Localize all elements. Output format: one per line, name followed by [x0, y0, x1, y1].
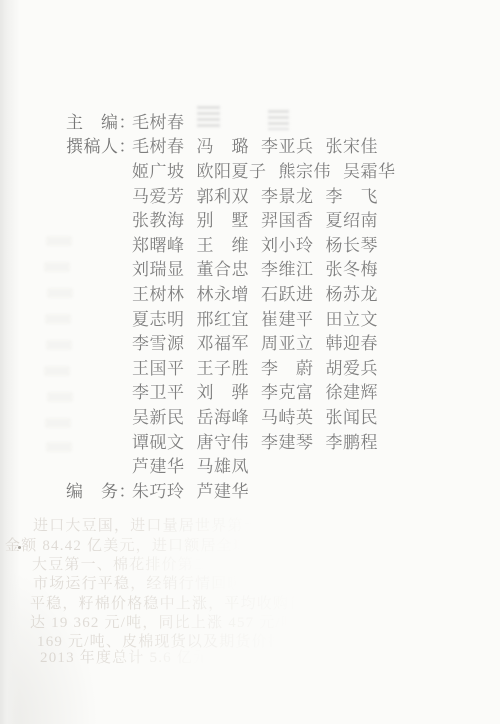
- contributor-name: 王 维: [197, 231, 250, 256]
- contributor-name: 李维江: [261, 255, 314, 280]
- credit-row: 李雪源邓福军周亚立韩迎春: [66, 329, 396, 354]
- credit-row: 谭砚文唐守伟李建琴李鹏程: [66, 428, 396, 453]
- credit-row: 编 务：朱巧玲芦建华: [66, 477, 396, 502]
- contributor-name: 吴霜华: [343, 157, 396, 182]
- contributor-name: 毛树春: [132, 132, 185, 157]
- editorial-staff-name: 芦建华: [197, 477, 250, 502]
- contributor-name: 马雄凤: [197, 452, 250, 477]
- contributor-name: 郑曙峰: [132, 231, 185, 256]
- contributor-name: 王国平: [132, 354, 185, 379]
- credits-block: 主 编：毛树春撰稿人：毛树春冯 璐李亚兵张宋佳姬广坡欧阳夏子熊宗伟吴霜华马爱芳郭…: [66, 108, 396, 502]
- contributor-name: 欧阳夏子: [197, 157, 267, 182]
- bleed-through-line: 达 19 362 元/吨，同比上涨 457 元/吨: [30, 611, 297, 632]
- contributor-name: 芦建华: [132, 452, 185, 477]
- contributor-name: 王子胜: [197, 354, 250, 379]
- credit-row: 夏志明邢红宜崔建平田立文: [66, 305, 396, 330]
- contributor-name: 徐建辉: [326, 378, 379, 403]
- credit-row: 马爱芳郭利双李景龙李 飞: [66, 182, 396, 207]
- contributor-name: 周亚立: [261, 329, 314, 354]
- editorial-staff-name: 朱巧玲: [132, 477, 185, 502]
- contributor-name: 郭利双: [197, 182, 250, 207]
- contributor-name: 岳海峰: [197, 403, 250, 428]
- contributor-name: 李克富: [261, 378, 314, 403]
- contributor-name: 吴新民: [132, 403, 185, 428]
- contributor-name: 别 墅: [197, 206, 250, 231]
- contributor-name: 邢红宜: [197, 305, 250, 330]
- chief-editor-name: 毛树春: [132, 108, 185, 133]
- contributor-name: 夏绍南: [326, 206, 379, 231]
- credit-row: 张教海别 墅羿国香夏绍南: [66, 206, 396, 231]
- contributor-name: 林永增: [197, 280, 250, 305]
- contributor-name: 杨苏龙: [326, 280, 379, 305]
- contributor-name: 刘瑞显: [132, 255, 185, 280]
- bleed-through-line: 大豆第一、棉花排价第二: [32, 553, 210, 574]
- contributor-name: 胡爱兵: [326, 354, 379, 379]
- contributor-name: 邓福军: [197, 329, 250, 354]
- credit-row: 主 编：毛树春: [66, 108, 396, 133]
- contributor-name: 韩迎春: [326, 329, 379, 354]
- credit-row: 李卫平刘 骅李克富徐建辉: [66, 379, 396, 404]
- contributor-name: 熊宗伟: [279, 157, 332, 182]
- contributor-name: 李亚兵: [261, 132, 314, 157]
- contributor-name: 王树林: [132, 280, 185, 305]
- credit-row: 郑曙峰王 维刘小玲杨长琴: [66, 231, 396, 256]
- bleed-through-line: 进口大豆国，进口量居世界第一: [33, 514, 260, 535]
- contributor-name: 崔建平: [261, 305, 314, 330]
- contributor-name: 田立文: [326, 305, 379, 330]
- bleed-through-line: 市场运行平稳，经销行情回暖: [33, 572, 244, 593]
- contributor-name: 李 蔚: [261, 354, 314, 379]
- credit-row: 姬广坡欧阳夏子熊宗伟吴霜华: [66, 157, 396, 182]
- contributor-name: 李 飞: [326, 182, 379, 207]
- credit-row: 撰稿人：毛树春冯 璐李亚兵张宋佳: [66, 133, 396, 158]
- bleed-through-line: 平稳，籽棉价格稳中上涨，平均收购价: [30, 592, 305, 613]
- contributor-name: 李建琴: [261, 428, 314, 453]
- credit-role-label: 编 务：: [66, 477, 132, 502]
- contributor-name: 董合忠: [197, 255, 250, 280]
- bleed-through-line: 金额 84.42 亿美元，进口额居全球: [5, 534, 249, 555]
- contributor-name: 马爱芳: [132, 182, 185, 207]
- credit-role-label: 撰稿人：: [66, 132, 132, 157]
- contributor-name: 羿国香: [261, 206, 314, 231]
- credit-row: 王国平王子胜李 蔚胡爱兵: [66, 354, 396, 379]
- contributor-name: 李景龙: [261, 182, 314, 207]
- contributor-name: 冯 璐: [197, 132, 250, 157]
- bleed-through-line: 2013 年度总计 5.6 亿元: [40, 646, 209, 667]
- credit-row: 芦建华马雄凤: [66, 452, 396, 477]
- contributor-name: 谭砚文: [132, 428, 185, 453]
- contributor-name: 张冬梅: [326, 255, 379, 280]
- credit-row: 吴新民岳海峰马峙英张闻民: [66, 403, 396, 428]
- contributor-name: 唐守伟: [197, 428, 250, 453]
- contributor-name: 张宋佳: [326, 132, 379, 157]
- contributor-name: 刘小玲: [261, 231, 314, 256]
- credit-row: 刘瑞显董合忠李维江张冬梅: [66, 256, 396, 281]
- contributor-name: 刘 骅: [197, 378, 250, 403]
- contributor-name: 石跃进: [261, 280, 314, 305]
- contributor-name: 李鹏程: [326, 428, 379, 453]
- credit-row: 王树林林永增石跃进杨苏龙: [66, 280, 396, 305]
- contributor-name: 李卫平: [132, 378, 185, 403]
- contributor-name: 夏志明: [132, 305, 185, 330]
- contributor-name: 姬广坡: [132, 157, 185, 182]
- credit-role-label: 主 编：: [66, 108, 132, 133]
- contributor-name: 张教海: [132, 206, 185, 231]
- contributor-name: 杨长琴: [326, 231, 379, 256]
- contributor-name: 张闻民: [326, 403, 379, 428]
- contributor-name: 李雪源: [132, 329, 185, 354]
- contributor-name: 马峙英: [261, 403, 314, 428]
